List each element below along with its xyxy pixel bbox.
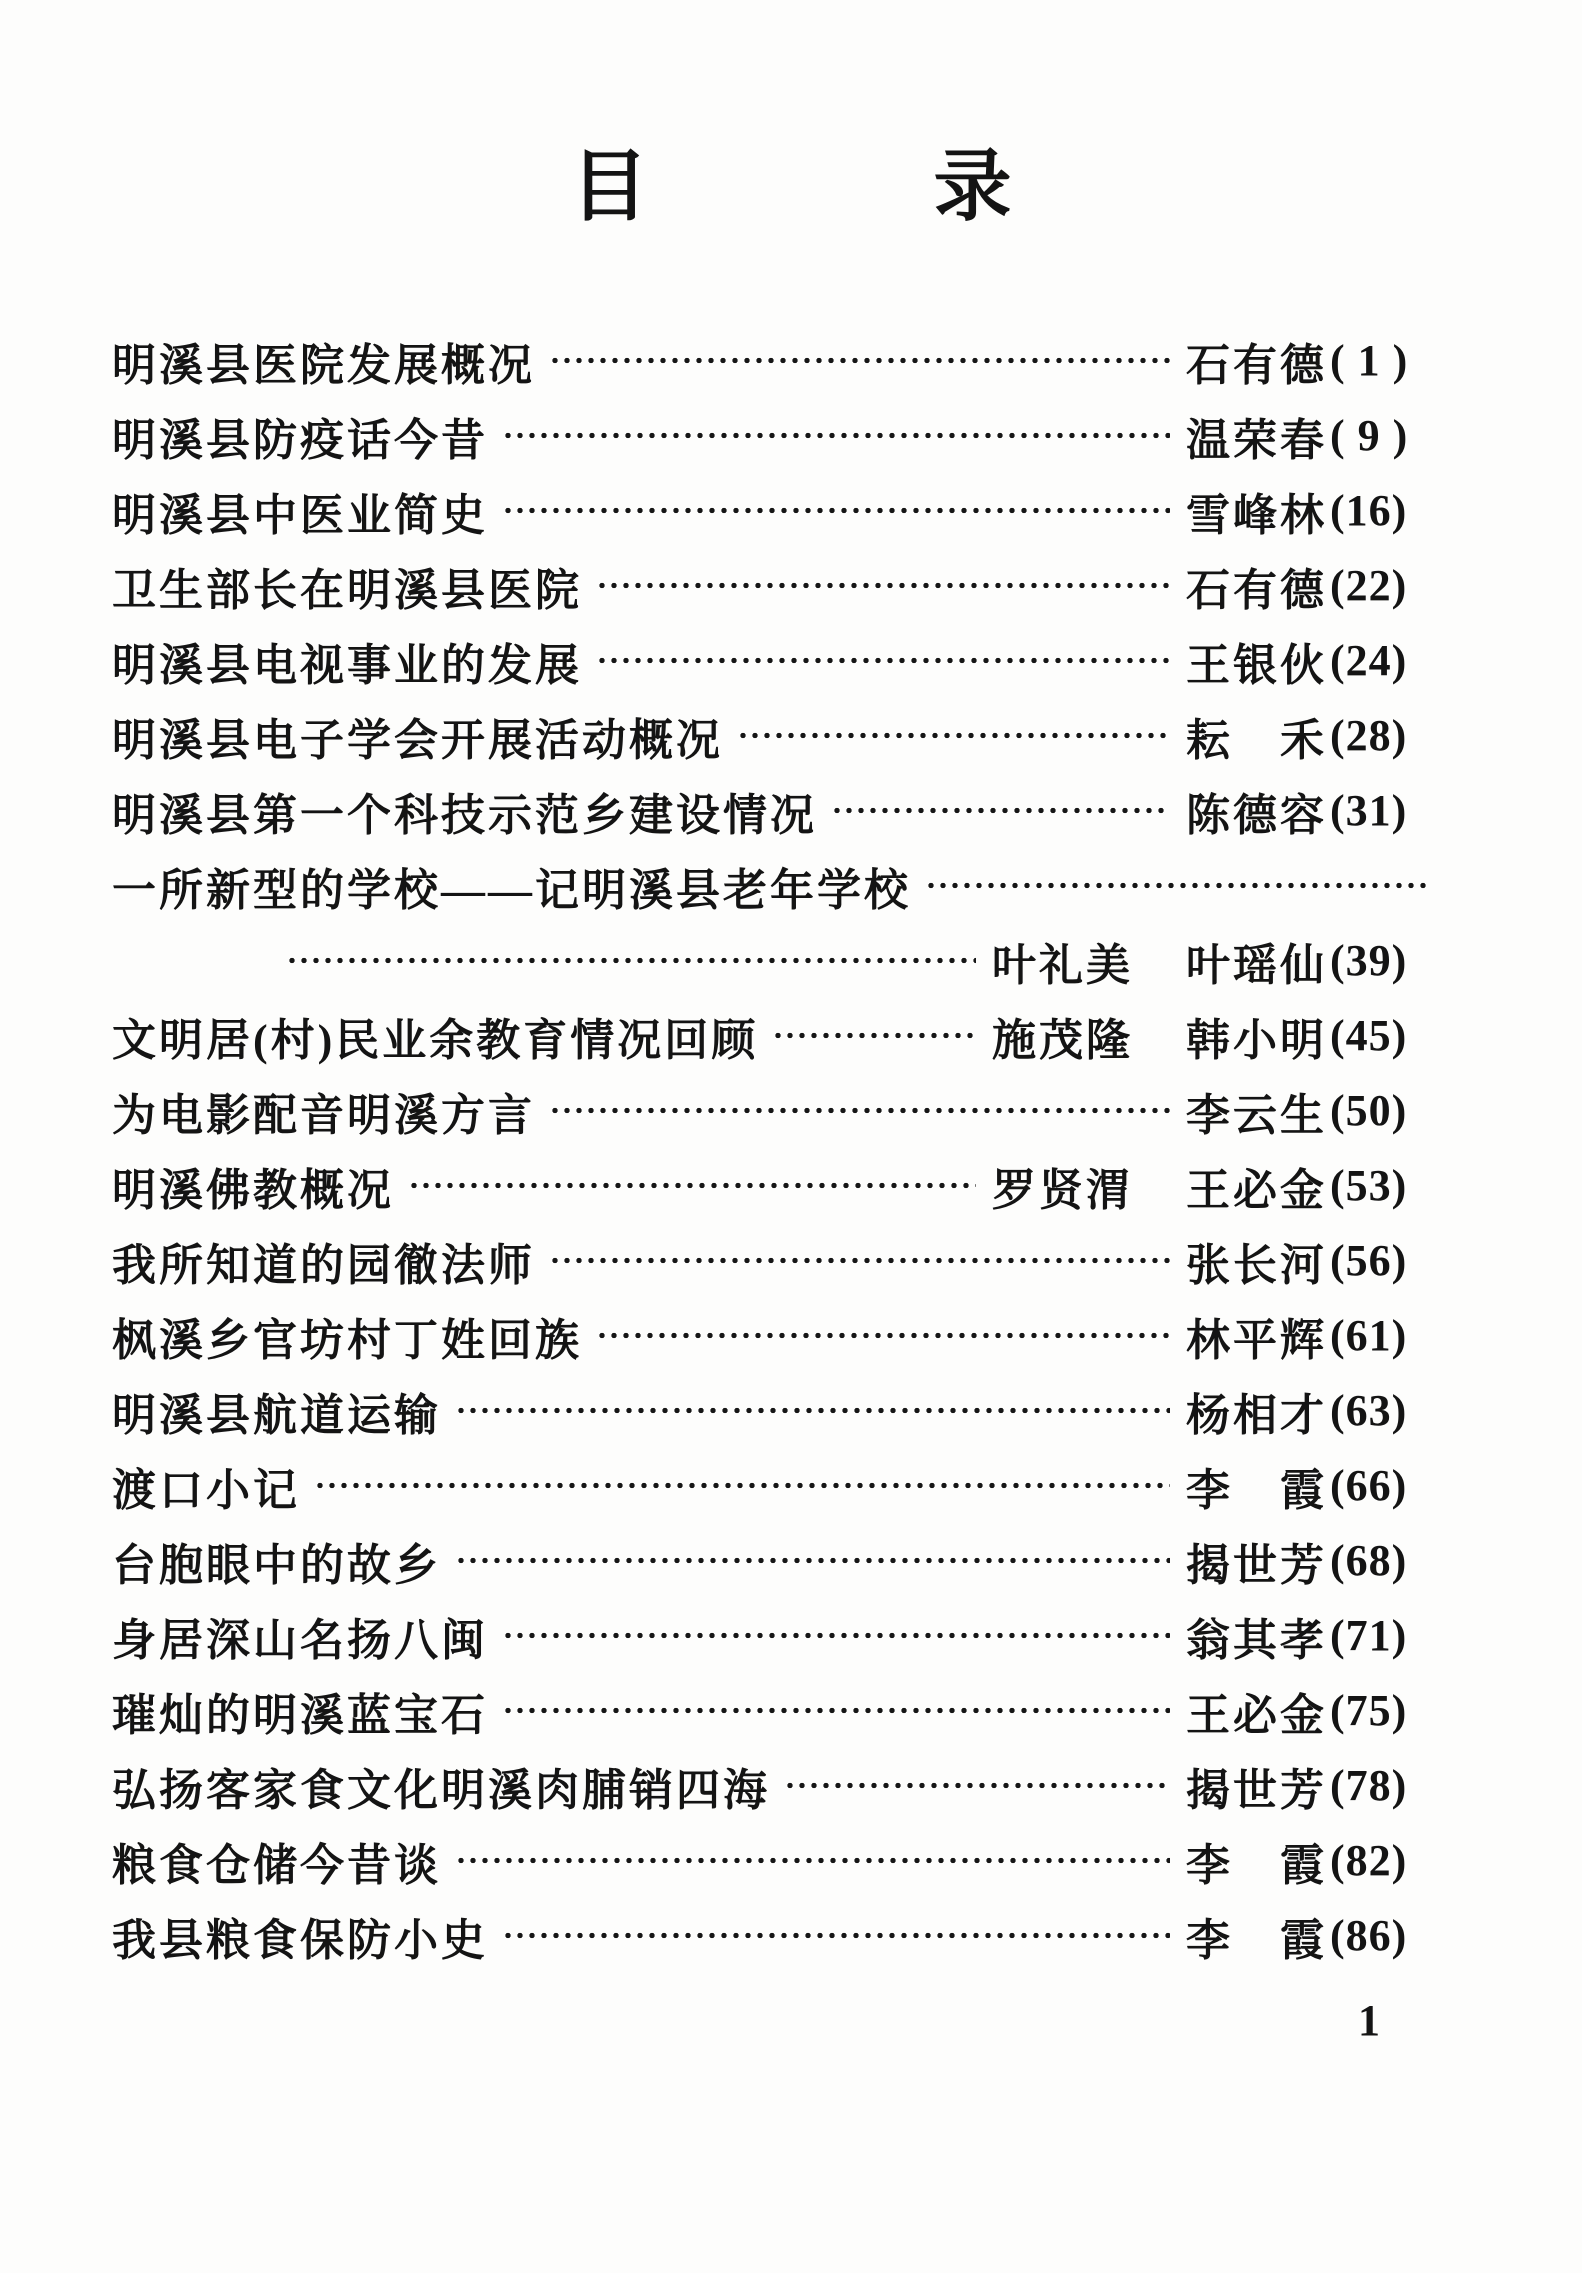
entry-title: 弘扬客家食文化明溪肉脯销四海: [112, 1754, 770, 1818]
folio-page-number: 1: [1358, 1995, 1380, 2046]
entry-page-number: (78): [1330, 1760, 1430, 1811]
entry-title: 明溪县航道运输: [112, 1379, 441, 1443]
entry-page-number: (31): [1330, 785, 1430, 836]
continuation-indent: [112, 960, 286, 961]
entry-page-number: (56): [1330, 1235, 1430, 1286]
entry-author: 杨相才: [1186, 1379, 1330, 1443]
toc-entry-row: 弘扬客家食文化明溪肉脯销四海 揭世芳 (78): [112, 1748, 1430, 1823]
entry-author: 李 霞: [1186, 1829, 1330, 1893]
toc-entry-row: 身居深山名扬八闽 翁其孝 (71): [112, 1598, 1430, 1673]
toc-entry-row: 渡口小记 李 霞 (66): [112, 1448, 1430, 1523]
dot-leader: [831, 806, 1170, 815]
entry-title: 卫生部长在明溪县医院: [112, 554, 582, 618]
toc-entry-row: 台胞眼中的故乡 揭世芳 (68): [112, 1523, 1430, 1598]
entry-title: 我所知道的园徹法师: [112, 1229, 535, 1293]
entry-author: 陈德容: [1186, 779, 1330, 843]
entry-author: 王必金: [1186, 1154, 1330, 1218]
entry-title: 枫溪乡官坊村丁姓回族: [112, 1304, 582, 1368]
dot-leader: [549, 356, 1170, 365]
entry-title: 渡口小记: [112, 1454, 300, 1518]
toc-entry-row: 明溪县医院发展概况 石有德 ( 1 ): [112, 323, 1430, 398]
entry-author: 王必金: [1186, 1679, 1330, 1743]
entry-page-number: (50): [1330, 1085, 1430, 1136]
toc-entry-row: 明溪县航道运输 杨相才 (63): [112, 1373, 1430, 1448]
entry-page-number: (82): [1330, 1835, 1430, 1886]
entry-page-number: (71): [1330, 1610, 1430, 1661]
dot-leader: [455, 1856, 1170, 1865]
entry-co-author: 叶礼美: [992, 929, 1136, 993]
entry-title: 我县粮食保防小史: [112, 1904, 488, 1968]
dot-leader: [502, 1631, 1170, 1640]
toc-entry-row: 枫溪乡官坊村丁姓回族 林平辉 (61): [112, 1298, 1430, 1373]
entry-page-number: (63): [1330, 1385, 1430, 1436]
entry-title: 粮食仓储今昔谈: [112, 1829, 441, 1893]
page-title: 目 录: [0, 148, 1582, 226]
entry-page-number: (16): [1330, 485, 1430, 536]
entry-page-number: (66): [1330, 1460, 1430, 1511]
entry-page-number: ( 1 ): [1330, 335, 1430, 386]
entry-title: 台胞眼中的故乡: [112, 1529, 441, 1593]
entry-page-number: (53): [1330, 1160, 1430, 1211]
title-char-right: 录: [934, 148, 1012, 226]
entry-title: 明溪佛教概况: [112, 1154, 394, 1218]
toc-entry-row: 文明居(村)民业余教育情况回顾 施茂隆 韩小明 (45): [112, 998, 1430, 1073]
dot-leader: [502, 1931, 1170, 1940]
dot-leader: [737, 731, 1170, 740]
entry-title: 为电影配音明溪方言: [112, 1079, 535, 1143]
toc-entry-row: 一所新型的学校——记明溪县老年学校: [112, 848, 1430, 923]
entry-author: 耘 禾: [1186, 704, 1330, 768]
entry-author: 林平辉: [1186, 1304, 1330, 1368]
toc-entry-row: 卫生部长在明溪县医院 石有德 (22): [112, 548, 1430, 623]
entry-author: 李 霞: [1186, 1454, 1330, 1518]
entry-page-number: (22): [1330, 560, 1430, 611]
entry-author: 石有德: [1186, 554, 1330, 618]
dot-leader: [596, 1331, 1170, 1340]
entry-page-number: (45): [1330, 1010, 1430, 1061]
toc-entry-row: 我县粮食保防小史 李 霞 (86): [112, 1898, 1430, 1973]
entry-page-number: ( 9 ): [1330, 410, 1430, 461]
toc-entry-row: 璀灿的明溪蓝宝石 王必金 (75): [112, 1673, 1430, 1748]
entry-page-number: (39): [1330, 935, 1430, 986]
entry-author: 翁其孝: [1186, 1604, 1330, 1668]
toc-entry-row: 我所知道的园徹法师 张长河 (56): [112, 1223, 1430, 1298]
toc-entry-row: 明溪佛教概况 罗贤渭 王必金 (53): [112, 1148, 1430, 1223]
entry-author: 李 霞: [1186, 1904, 1330, 1968]
entry-co-author: 施茂隆: [992, 1004, 1136, 1068]
toc-entry-row: 明溪县防疫话今昔 温荣春 ( 9 ): [112, 398, 1430, 473]
entry-page-number: (28): [1330, 710, 1430, 761]
toc-entry-row: 明溪县第一个科技示范乡建设情况 陈德容 (31): [112, 773, 1430, 848]
entry-title: 明溪县电子学会开展活动概况: [112, 704, 723, 768]
entry-author: 王银伙: [1186, 629, 1330, 693]
toc-entry-row: 叶礼美 叶瑶仙 (39): [112, 923, 1430, 998]
toc-list: 明溪县医院发展概况 石有德 ( 1 ) 明溪县防疫话今昔 温荣春 ( 9 ) 明…: [112, 323, 1430, 1973]
dot-leader: [596, 656, 1170, 665]
toc-entry-row: 粮食仓储今昔谈 李 霞 (82): [112, 1823, 1430, 1898]
entry-title: 明溪县中医业简史: [112, 479, 488, 543]
entry-page-number: (68): [1330, 1535, 1430, 1586]
dot-leader: [772, 1031, 976, 1040]
entry-author: 石有德: [1186, 329, 1330, 393]
entry-page-number: (24): [1330, 635, 1430, 686]
entry-title: 明溪县医院发展概况: [112, 329, 535, 393]
scanned-toc-page: 目 录 明溪县医院发展概况 石有德 ( 1 ) 明溪县防疫话今昔 温荣春 ( 9…: [0, 0, 1582, 2273]
entry-co-author: 罗贤渭: [992, 1154, 1136, 1218]
entry-author: 韩小明: [1186, 1004, 1330, 1068]
dot-leader: [502, 1706, 1170, 1715]
dot-leader: [596, 581, 1170, 590]
entry-author: 张长河: [1186, 1229, 1330, 1293]
entry-page-number: (86): [1330, 1910, 1430, 1961]
dot-leader: [455, 1556, 1170, 1565]
dot-leader: [925, 881, 1430, 890]
entry-author: 叶瑶仙: [1186, 929, 1330, 993]
entry-author: 李云生: [1186, 1079, 1330, 1143]
dot-leader: [784, 1781, 1170, 1790]
entry-author: 温荣春: [1186, 404, 1330, 468]
entry-title: 文明居(村)民业余教育情况回顾: [112, 1004, 758, 1068]
dot-leader: [408, 1181, 976, 1190]
entry-title: 身居深山名扬八闽: [112, 1604, 488, 1668]
entry-title: 一所新型的学校——记明溪县老年学校: [112, 854, 911, 918]
dot-leader: [314, 1481, 1170, 1490]
dot-leader: [286, 956, 976, 965]
dot-leader: [502, 431, 1170, 440]
toc-entry-row: 明溪县中医业简史 雪峰林 (16): [112, 473, 1430, 548]
entry-author: 揭世芳: [1186, 1754, 1330, 1818]
toc-entry-row: 明溪县电视事业的发展 王银伙 (24): [112, 623, 1430, 698]
entry-title: 明溪县第一个科技示范乡建设情况: [112, 779, 817, 843]
entry-title: 明溪县电视事业的发展: [112, 629, 582, 693]
dot-leader: [455, 1406, 1170, 1415]
entry-page-number: (75): [1330, 1685, 1430, 1736]
entry-page-number: (61): [1330, 1310, 1430, 1361]
toc-entry-row: 明溪县电子学会开展活动概况 耘 禾 (28): [112, 698, 1430, 773]
dot-leader: [549, 1106, 1170, 1115]
toc-entry-row: 为电影配音明溪方言 李云生 (50): [112, 1073, 1430, 1148]
entry-title: 明溪县防疫话今昔: [112, 404, 488, 468]
entry-author: 揭世芳: [1186, 1529, 1330, 1593]
title-char-left: 目: [570, 148, 648, 226]
entry-title: 璀灿的明溪蓝宝石: [112, 1679, 488, 1743]
dot-leader: [549, 1256, 1170, 1265]
entry-author: 雪峰林: [1186, 479, 1330, 543]
dot-leader: [502, 506, 1170, 515]
